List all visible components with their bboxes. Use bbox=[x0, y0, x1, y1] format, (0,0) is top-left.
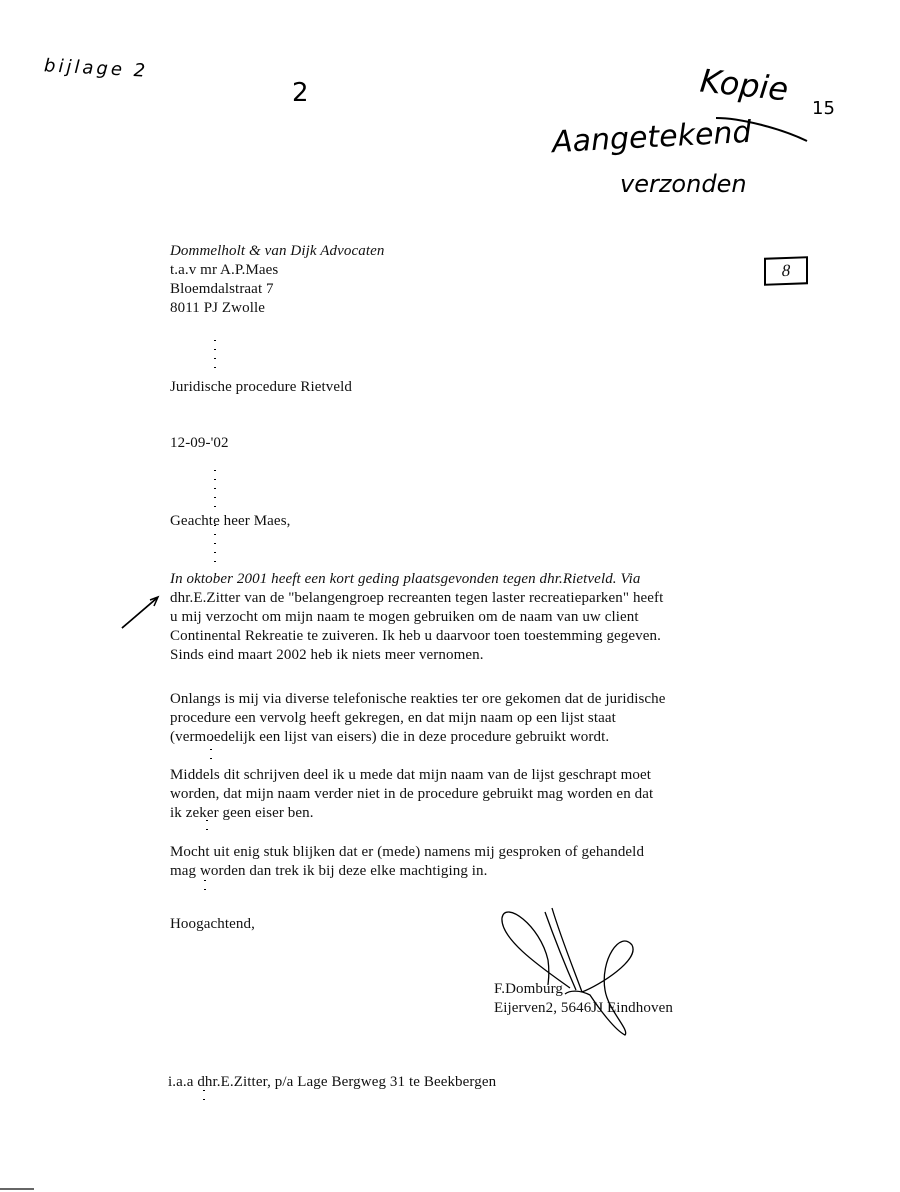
handwritten-bijlage: bijlage 2 bbox=[44, 55, 149, 81]
handwritten-page-mark: 2 bbox=[292, 78, 309, 108]
scanned-letter-page: bijlage 2 2 Kopie 15 Aangetekend verzond… bbox=[0, 0, 900, 1192]
margin-arrow-icon bbox=[122, 597, 158, 628]
paragraph-line: Mocht uit enig stuk blijken dat er (mede… bbox=[170, 843, 644, 862]
letter-date: 12-09-'02 bbox=[170, 434, 229, 453]
paragraph-line: Continental Rekreatie te zuiveren. Ik he… bbox=[170, 627, 663, 646]
scan-artifact-dots bbox=[214, 470, 216, 510]
handwritten-verzonden: verzonden bbox=[620, 170, 747, 198]
boxed-page-number: 8 bbox=[764, 256, 808, 286]
body-paragraph-1: In oktober 2001 heeft een kort geding pl… bbox=[170, 570, 663, 665]
signature-address: Eijerven2, 5646JJ Eindhoven bbox=[494, 999, 673, 1018]
handwritten-aangetekend: Aangetekend bbox=[551, 115, 752, 160]
paragraph-line: dhr.E.Zitter van de "belangengroep recre… bbox=[170, 589, 663, 608]
scan-artifact-dots bbox=[214, 340, 216, 370]
recipient-city: 8011 PJ Zwolle bbox=[170, 299, 265, 318]
scan-artifact-dots bbox=[206, 820, 208, 838]
margin-arrow-icon bbox=[122, 598, 157, 628]
subject-line: Juridische procedure Rietveld bbox=[170, 378, 352, 397]
recipient-street: Bloemdalstraat 7 bbox=[170, 280, 274, 299]
body-paragraph-4: Mocht uit enig stuk blijken dat er (mede… bbox=[170, 843, 644, 881]
cc-line: i.a.a dhr.E.Zitter, p/a Lage Bergweg 31 … bbox=[168, 1073, 496, 1092]
paragraph-line: worden, dat mijn naam verder niet in de … bbox=[170, 785, 653, 804]
paragraph-line: ik zeker geen eiser ben. bbox=[170, 804, 653, 823]
handwritten-kopie: Kopie bbox=[698, 61, 790, 108]
body-paragraph-2: Onlangs is mij via diverse telefonische … bbox=[170, 690, 666, 747]
closing: Hoogachtend, bbox=[170, 915, 255, 934]
paragraph-line: (vermoedelijk een lijst van eisers) die … bbox=[170, 728, 666, 747]
salutation: Geachte heer Maes, bbox=[170, 512, 290, 531]
recipient-firm: Dommelholt & van Dijk Advocaten bbox=[170, 242, 384, 261]
paragraph-line: procedure een vervolg heeft gekregen, en… bbox=[170, 709, 666, 728]
signature-name: F.Domburg bbox=[494, 980, 563, 999]
paragraph-line: In oktober 2001 heeft een kort geding pl… bbox=[170, 570, 663, 589]
scan-artifact-dots bbox=[210, 740, 212, 760]
scan-artifact-dots bbox=[214, 525, 216, 570]
scan-artifact-dots bbox=[203, 1090, 205, 1104]
scan-artifact-dots bbox=[204, 880, 206, 894]
paragraph-line: Sinds eind maart 2002 heb ik niets meer … bbox=[170, 646, 663, 665]
paragraph-line: mag worden dan trek ik bij deze elke mac… bbox=[170, 862, 644, 881]
paragraph-line: u mij verzocht om mijn naam te mogen geb… bbox=[170, 608, 663, 627]
handwritten-number: 15 bbox=[812, 98, 835, 119]
paragraph-line: Onlangs is mij via diverse telefonische … bbox=[170, 690, 666, 709]
recipient-attention: t.a.v mr A.P.Maes bbox=[170, 261, 278, 280]
scan-edge-dots bbox=[0, 1188, 34, 1190]
body-paragraph-3: Middels dit schrijven deel ik u mede dat… bbox=[170, 766, 653, 823]
paragraph-line: Middels dit schrijven deel ik u mede dat… bbox=[170, 766, 653, 785]
